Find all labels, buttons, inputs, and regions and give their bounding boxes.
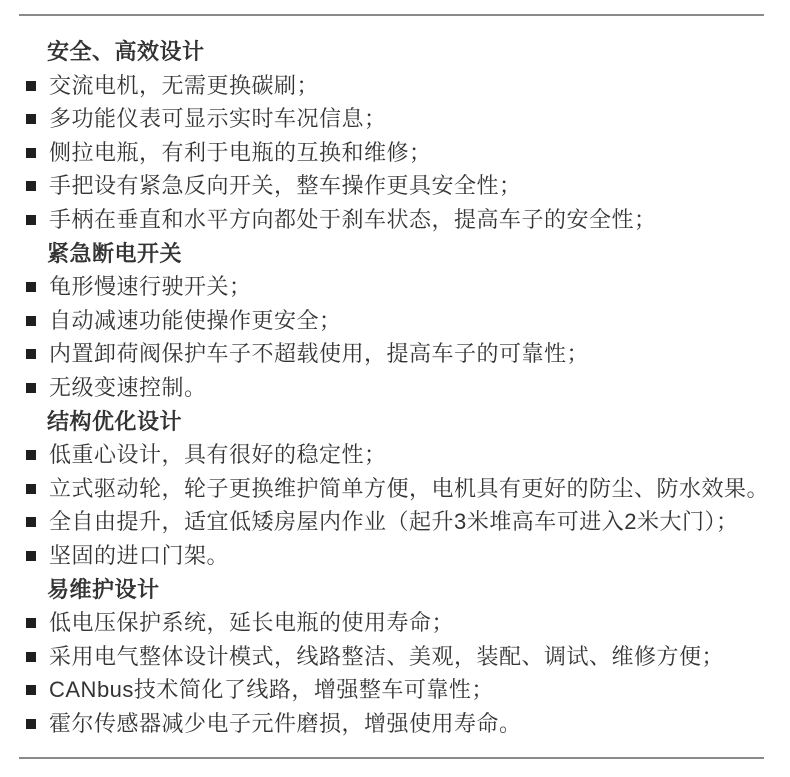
list-item-text: 霍尔传感器减少电子元件磨损，增强使用寿命。 xyxy=(49,707,522,741)
bullet-square-icon xyxy=(26,316,36,326)
list-item: 低重心设计，具有很好的稳定性； xyxy=(26,438,771,472)
list-item: 全自由提升，适宜低矮房屋内作业（起升3米堆高车可进入2米大门）； xyxy=(26,505,771,539)
list-item-text: 内置卸荷阀保护车子不超载使用，提高车子的可靠性； xyxy=(49,337,589,371)
section-heading-safety-efficiency: 安全、高效设计 xyxy=(26,35,771,69)
bullet-square-icon xyxy=(26,114,36,124)
list-item: 侧拉电瓶，有利于电瓶的互换和维修； xyxy=(26,136,771,170)
bullet-square-icon xyxy=(26,551,36,561)
section-heading-easy-maintenance: 易维护设计 xyxy=(26,573,771,607)
list-item-text: 侧拉电瓶，有利于电瓶的互换和维修； xyxy=(49,136,432,170)
list-item: 霍尔传感器减少电子元件磨损，增强使用寿命。 xyxy=(26,707,771,741)
list-item: 交流电机，无需更换碳刷； xyxy=(26,69,771,103)
list-item-text: 低电压保护系统，延长电瓶的使用寿命； xyxy=(49,606,454,640)
product-features-document: 安全、高效设计 交流电机，无需更换碳刷； 多功能仪表可显示实时车况信息； 侧拉电… xyxy=(0,0,790,777)
list-item-text: 手把设有紧急反向开关，整车操作更具安全性； xyxy=(49,169,522,203)
bullet-square-icon xyxy=(26,181,36,191)
list-item: 无级变速控制。 xyxy=(26,371,771,405)
list-item-text: 龟形慢速行驶开关； xyxy=(49,270,252,304)
feature-list: 安全、高效设计 交流电机，无需更换碳刷； 多功能仪表可显示实时车况信息； 侧拉电… xyxy=(26,35,771,740)
list-item: 坚固的进口门架。 xyxy=(26,539,771,573)
list-item-text: 交流电机，无需更换碳刷； xyxy=(49,69,319,103)
list-item-text: 立式驱动轮，轮子更换维护简单方便，电机具有更好的防尘、防水效果。 xyxy=(49,472,769,506)
list-item: 手把设有紧急反向开关，整车操作更具安全性； xyxy=(26,169,771,203)
bullet-square-icon xyxy=(26,282,36,292)
list-item-text: 低重心设计，具有很好的稳定性； xyxy=(49,438,387,472)
bullet-square-icon xyxy=(26,383,36,393)
list-item: 低电压保护系统，延长电瓶的使用寿命； xyxy=(26,606,771,640)
list-item-text: 全自由提升，适宜低矮房屋内作业（起升3米堆高车可进入2米大门）； xyxy=(49,505,738,539)
bullet-square-icon xyxy=(26,618,36,628)
top-divider xyxy=(19,14,764,16)
bullet-square-icon xyxy=(26,349,36,359)
list-item: 立式驱动轮，轮子更换维护简单方便，电机具有更好的防尘、防水效果。 xyxy=(26,472,771,506)
bullet-square-icon xyxy=(26,450,36,460)
bullet-square-icon xyxy=(26,484,36,494)
list-item-text: 手柄在垂直和水平方向都处于刹车状态，提高车子的安全性； xyxy=(49,203,657,237)
list-item: 手柄在垂直和水平方向都处于刹车状态，提高车子的安全性； xyxy=(26,203,771,237)
bullet-square-icon xyxy=(26,148,36,158)
list-item: 自动减速功能使操作更安全； xyxy=(26,304,771,338)
bullet-square-icon xyxy=(26,652,36,662)
list-item: CANbus技术简化了线路，增强整车可靠性； xyxy=(26,673,771,707)
section-heading-structure-optimization: 结构优化设计 xyxy=(26,405,771,439)
list-item: 龟形慢速行驶开关； xyxy=(26,270,771,304)
list-item-text: 自动减速功能使操作更安全； xyxy=(49,304,342,338)
bullet-square-icon xyxy=(26,81,36,91)
list-item-text: CANbus技术简化了线路，增强整车可靠性； xyxy=(49,673,494,707)
section-heading-emergency-power-switch: 紧急断电开关 xyxy=(26,237,771,271)
list-item-text: 多功能仪表可显示实时车况信息； xyxy=(49,102,387,136)
bullet-square-icon xyxy=(26,685,36,695)
list-item: 采用电气整体设计模式，线路整洁、美观，装配、调试、维修方便； xyxy=(26,640,771,674)
list-item: 内置卸荷阀保护车子不超载使用，提高车子的可靠性； xyxy=(26,337,771,371)
bottom-divider xyxy=(19,757,764,759)
bullet-square-icon xyxy=(26,719,36,729)
list-item-text: 坚固的进口门架。 xyxy=(49,539,229,573)
bullet-square-icon xyxy=(26,215,36,225)
list-item-text: 无级变速控制。 xyxy=(49,371,207,405)
list-item-text: 采用电气整体设计模式，线路整洁、美观，装配、调试、维修方便； xyxy=(49,640,724,674)
bullet-square-icon xyxy=(26,517,36,527)
list-item: 多功能仪表可显示实时车况信息； xyxy=(26,102,771,136)
